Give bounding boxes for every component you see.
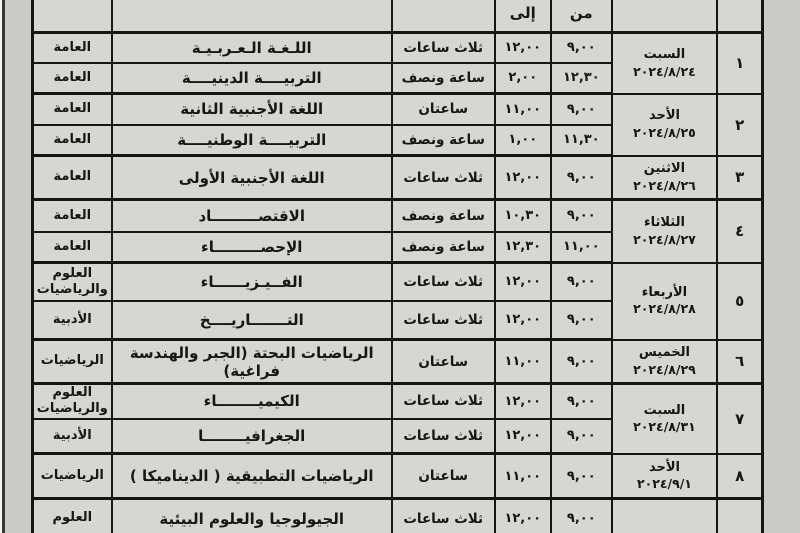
branch-cell: العلوم [33, 499, 112, 533]
exam-row: ٤الثلاثاء٢٠٢٤/٨/٢٧٩,٠٠١٠,٣٠ساعة ونصفالاق… [33, 200, 763, 232]
day-name: الثلاثاء [615, 214, 715, 232]
day-date-cell: السبت٢٠٢٤/٨/٣١ [612, 384, 718, 454]
day-date-cell: الخميس٢٠٢٤/٨/٢٩ [612, 340, 718, 384]
subject-cell: اللغة الأجنبية الثانية [112, 94, 392, 125]
branch-cell: العامة [33, 125, 112, 156]
time-from-cell: ٩,٠٠ [551, 384, 612, 419]
subject-column-header [112, 0, 392, 33]
time-from-cell: ٩,٠٠ [551, 499, 612, 533]
day-date: ٢٠٢٤/٨/٢٤ [615, 64, 715, 81]
exam-row: ٦الخميس٢٠٢٤/٨/٢٩٩,٠٠١١,٠٠ساعتانالرياضيات… [33, 340, 763, 384]
day-name: الأربعاء [615, 284, 715, 302]
day-date: ٢٠٢٤/٨/٢٦ [615, 178, 715, 195]
day-date-cell [612, 499, 718, 533]
branch-column-header [33, 0, 112, 33]
day-name: الأحد [615, 459, 715, 477]
time-from-cell: ١١,٠٠ [551, 232, 612, 263]
duration-cell: ثلاث ساعات [392, 301, 495, 340]
exam-row: ٢الأحد٢٠٢٤/٨/٢٥٩,٠٠١١,٠٠ساعتاناللغة الأج… [33, 94, 763, 125]
day-name: الاثنين [615, 160, 715, 178]
branch-cell: العامة [33, 232, 112, 263]
to-column-header: إلى [495, 0, 551, 33]
time-to-cell: ١٢,٠٠ [495, 384, 551, 419]
row-number-cell [717, 499, 762, 533]
exam-row: ٩,٠٠١٢,٠٠ثلاث ساعاتالجيولوجيا والعلوم ال… [33, 499, 763, 533]
branch-cell: العامة [33, 94, 112, 125]
time-from-cell: ٩,٠٠ [551, 454, 612, 499]
time-to-cell: ٢,٠٠ [495, 63, 551, 94]
row-number-cell: ٥ [717, 263, 762, 340]
exam-row: ١السبت٢٠٢٤/٨/٢٤٩,٠٠١٢,٠٠ثلاث ساعاتاللـغـ… [33, 33, 763, 63]
scanned-exam-schedule-page: من إلى ١السبت٢٠٢٤/٨/٢٤٩,٠٠١٢,٠٠ثلاث ساعا… [0, 0, 800, 533]
time-to-cell: ١٢,٠٠ [495, 156, 551, 200]
row-number-cell: ١ [717, 33, 762, 94]
time-from-cell: ١٢,٣٠ [551, 63, 612, 94]
day-date-cell: الثلاثاء٢٠٢٤/٨/٢٧ [612, 200, 718, 263]
row-number-cell: ٧ [717, 384, 762, 454]
time-to-cell: ١٢,٠٠ [495, 419, 551, 454]
duration-cell: ساعتان [392, 94, 495, 125]
time-to-cell: ١١,٠٠ [495, 340, 551, 384]
day-date-cell: الاثنين٢٠٢٤/٨/٢٦ [612, 156, 718, 200]
branch-cell: العامة [33, 156, 112, 200]
branch-cell: الأدبية [33, 419, 112, 454]
time-to-cell: ١٢,٠٠ [495, 33, 551, 63]
exam-schedule-table-container: من إلى ١السبت٢٠٢٤/٨/٢٤٩,٠٠١٢,٠٠ثلاث ساعا… [31, 0, 764, 533]
time-from-cell: ١١,٣٠ [551, 125, 612, 156]
day-date-cell: السبت٢٠٢٤/٨/٢٤ [612, 33, 718, 94]
row-number-cell: ٨ [717, 454, 762, 499]
subject-cell: الكيميــــــــاء [112, 384, 392, 419]
exam-schedule-table: من إلى ١السبت٢٠٢٤/٨/٢٤٩,٠٠١٢,٠٠ثلاث ساعا… [31, 0, 764, 533]
time-from-cell: ٩,٠٠ [551, 94, 612, 125]
duration-cell: ساعة ونصف [392, 200, 495, 232]
day-date-cell: الأحد٢٠٢٤/٨/٢٥ [612, 94, 718, 156]
day-date: ٢٠٢٤/٨/٢٥ [615, 125, 715, 142]
branch-cell: العامة [33, 63, 112, 94]
row-number-cell: ٢ [717, 94, 762, 156]
subject-cell: الفــيـزيــــــاء [112, 263, 392, 301]
duration-cell: ساعتان [392, 454, 495, 499]
duration-column-header [392, 0, 495, 33]
day-date: ٢٠٢٤/٩/١ [615, 476, 715, 493]
time-from-cell: ٩,٠٠ [551, 33, 612, 63]
time-to-cell: ١١,٠٠ [495, 454, 551, 499]
time-to-cell: ١٢,٠٠ [495, 263, 551, 301]
row-number-cell: ٣ [717, 156, 762, 200]
branch-cell: العلوم والرياضيات [33, 384, 112, 419]
subject-cell: الإحصـــــــــاء [112, 232, 392, 263]
subject-cell: الرياضيات البحتة (الجبر والهندسة فراغية) [112, 340, 392, 384]
day-date: ٢٠٢٤/٨/٢٨ [615, 301, 715, 318]
day-name: السبت [615, 402, 715, 420]
subject-cell: الجيولوجيا والعلوم البيئية [112, 499, 392, 533]
day-name: السبت [615, 46, 715, 64]
exam-row: ٣الاثنين٢٠٢٤/٨/٢٦٩,٠٠١٢,٠٠ثلاث ساعاتاللغ… [33, 156, 763, 200]
time-from-cell: ٩,٠٠ [551, 156, 612, 200]
time-from-cell: ٩,٠٠ [551, 419, 612, 454]
branch-cell: العامة [33, 33, 112, 63]
subject-cell: الاقتصـــــــــاد [112, 200, 392, 232]
time-to-cell: ١١,٠٠ [495, 94, 551, 125]
day-date-cell: الأحد٢٠٢٤/٩/١ [612, 454, 718, 499]
time-from-cell: ٩,٠٠ [551, 263, 612, 301]
exam-row: ٨الأحد٢٠٢٤/٩/١٩,٠٠١١,٠٠ساعتانالرياضيات ا… [33, 454, 763, 499]
number-column-header [717, 0, 762, 33]
duration-cell: ساعة ونصف [392, 232, 495, 263]
day-date: ٢٠٢٤/٨/٣١ [615, 419, 715, 436]
subject-cell: اللـغـة الـعـربـيـة [112, 33, 392, 63]
row-number-cell: ٦ [717, 340, 762, 384]
day-column-header [612, 0, 718, 33]
day-date-cell: الأربعاء٢٠٢٤/٨/٢٨ [612, 263, 718, 340]
branch-cell: الأدبية [33, 301, 112, 340]
duration-cell: ساعتان [392, 340, 495, 384]
row-number-cell: ٤ [717, 200, 762, 263]
subject-cell: الرياضيات التطبيقية ( الديناميكا ) [112, 454, 392, 499]
subject-cell: اللغة الأجنبية الأولى [112, 156, 392, 200]
branch-cell: العامة [33, 200, 112, 232]
branch-cell: الرياضيات [33, 454, 112, 499]
time-to-cell: ١٢,٠٠ [495, 301, 551, 340]
duration-cell: ثلاث ساعات [392, 156, 495, 200]
day-date: ٢٠٢٤/٨/٢٩ [615, 362, 715, 379]
header-row: من إلى [33, 0, 763, 33]
subject-cell: الجغرافيــــــــا [112, 419, 392, 454]
time-from-cell: ٩,٠٠ [551, 200, 612, 232]
day-name: الأحد [615, 107, 715, 125]
time-to-cell: ١٠,٣٠ [495, 200, 551, 232]
duration-cell: ثلاث ساعات [392, 384, 495, 419]
time-to-cell: ١٢,٣٠ [495, 232, 551, 263]
subject-cell: التربيــــة الوطنيــــة [112, 125, 392, 156]
time-from-cell: ٩,٠٠ [551, 340, 612, 384]
time-to-cell: ١٢,٠٠ [495, 499, 551, 533]
time-from-cell: ٩,٠٠ [551, 301, 612, 340]
duration-cell: ثلاث ساعات [392, 419, 495, 454]
time-to-cell: ١,٠٠ [495, 125, 551, 156]
duration-cell: ساعة ونصف [392, 125, 495, 156]
day-date: ٢٠٢٤/٨/٢٧ [615, 232, 715, 249]
duration-cell: ثلاث ساعات [392, 499, 495, 533]
from-column-header: من [551, 0, 612, 33]
scan-edge-dark-line [2, 0, 5, 533]
duration-cell: ساعة ونصف [392, 63, 495, 94]
branch-cell: الرياضيات [33, 340, 112, 384]
branch-cell: العلوم والرياضيات [33, 263, 112, 301]
exam-row: ٧السبت٢٠٢٤/٨/٣١٩,٠٠١٢,٠٠ثلاث ساعاتالكيمي… [33, 384, 763, 419]
day-name: الخميس [615, 344, 715, 362]
duration-cell: ثلاث ساعات [392, 263, 495, 301]
duration-cell: ثلاث ساعات [392, 33, 495, 63]
exam-row: ٥الأربعاء٢٠٢٤/٨/٢٨٩,٠٠١٢,٠٠ثلاث ساعاتالف… [33, 263, 763, 301]
subject-cell: التـــــــاريــــخ [112, 301, 392, 340]
subject-cell: التربيــــة الدينيــــة [112, 63, 392, 94]
